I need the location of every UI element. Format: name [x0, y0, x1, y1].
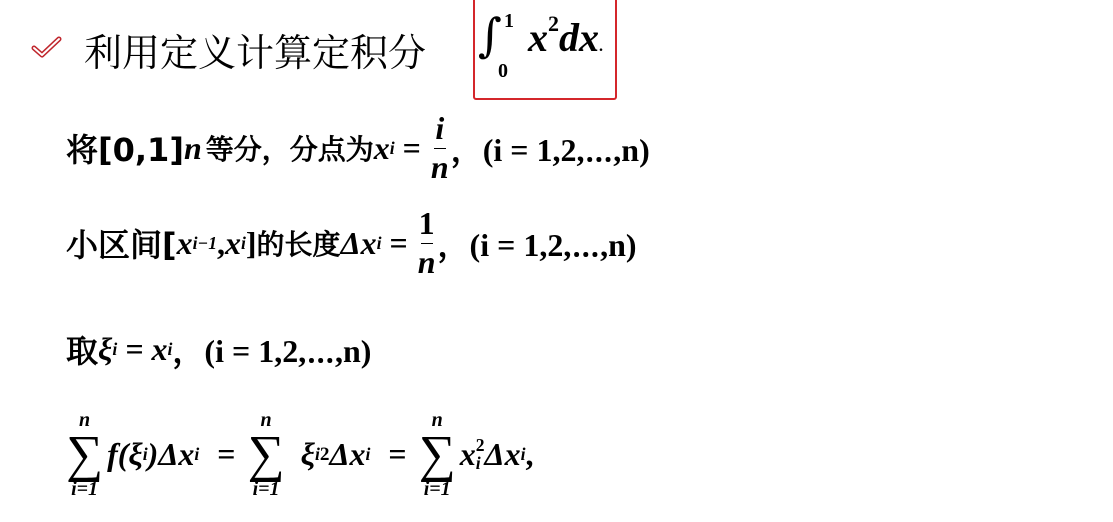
step1-x: x: [374, 130, 390, 167]
title-integral: ∫ 1 0 x2dx.: [478, 8, 603, 62]
sum-lower: i=1: [66, 479, 103, 499]
step2-sub-i: i: [377, 233, 382, 254]
step3-prefix: 取: [66, 326, 98, 372]
step1-sub: i: [390, 138, 395, 159]
step1-prefix: 将[0,1]: [66, 125, 184, 171]
step1-n: n: [184, 130, 202, 167]
term2-tail: Δx: [329, 436, 365, 473]
step-partition: 将[0,1] n 等分，分点为 xi = i n ，(i = 1,2,⋯,n): [66, 106, 650, 190]
term3-sub: i: [476, 455, 485, 473]
step-riemann-sum: n ∑ i=1 f(ξi)Δxi = n ∑ i=1 ξi2Δxi = n ∑ …: [62, 410, 533, 499]
term3-scripts: 2i: [476, 437, 485, 472]
step1-eq: =: [403, 130, 421, 167]
sigma-icon: ∑: [419, 430, 456, 479]
slide-title: 利用定义计算定积分: [84, 22, 426, 77]
step1-text: 等分，分点为: [206, 128, 374, 168]
term3-tail: Δx: [485, 436, 521, 473]
step3-xi: ξ: [98, 331, 112, 368]
sigma-icon: ∑: [248, 430, 285, 479]
term3: x: [460, 436, 476, 473]
step2-prefix: 小区间[: [66, 220, 177, 266]
step2-close: ]: [246, 225, 257, 262]
frac-den: n: [431, 151, 449, 185]
integrand: x: [528, 15, 548, 60]
trailing-dot: .: [599, 38, 603, 55]
integral-upper: 1: [504, 10, 514, 33]
frac-num: 1: [418, 207, 436, 241]
term2: ξ: [301, 436, 315, 473]
step-interval-length: 小区间[ xi−1 , xi ] 的长度 Δxi = 1 n ，(i = 1,2…: [66, 196, 637, 290]
step2-eq: =: [390, 225, 408, 262]
differential: dx: [559, 15, 599, 60]
sum-3: n ∑ i=1: [419, 410, 456, 499]
check-outline-icon: [30, 34, 64, 65]
term1-tail: )Δx: [148, 436, 195, 473]
step2-range: ，(i = 1,2,⋯,n): [438, 220, 637, 266]
step2-delta: Δx: [341, 225, 377, 262]
step2-comma: ,: [217, 225, 225, 262]
step2-sub1: i−1: [193, 233, 217, 254]
integral-sign: ∫: [478, 8, 502, 62]
frac-num: i: [431, 112, 449, 146]
term2-sub2: i: [366, 444, 371, 465]
step2-text: 的长度: [257, 223, 341, 263]
fraction-i-over-n: i n: [431, 112, 449, 184]
exponent: 2: [548, 11, 559, 36]
sum-2: n ∑ i=1: [248, 410, 285, 499]
sum-lower: i=1: [248, 479, 285, 499]
term1-sub2: i: [194, 444, 199, 465]
step-sample-points: 取 ξi = xi ，(i = 1,2,⋯,n): [66, 326, 371, 372]
sum-1: n ∑ i=1: [66, 410, 103, 499]
step3-range: ，(i = 1,2,⋯,n): [172, 326, 371, 372]
sum-lower: i=1: [419, 479, 456, 499]
step2-x2: x: [225, 225, 241, 262]
frac-den: n: [418, 246, 436, 280]
integral-lower: 0: [498, 60, 508, 83]
trailing-comma: ,: [525, 436, 533, 473]
sigma-icon: ∑: [66, 430, 103, 479]
fraction-1-over-n: 1 n: [418, 207, 436, 279]
step2-x1: x: [177, 225, 193, 262]
step1-range: ，(i = 1,2,⋯,n): [451, 125, 650, 171]
step3-sub: i: [112, 339, 117, 360]
step3-eq: = x: [125, 331, 167, 368]
term1: f(ξ: [107, 436, 143, 473]
eq2: =: [388, 436, 406, 473]
eq1: =: [217, 436, 235, 473]
term2-sup: 2: [320, 444, 330, 466]
